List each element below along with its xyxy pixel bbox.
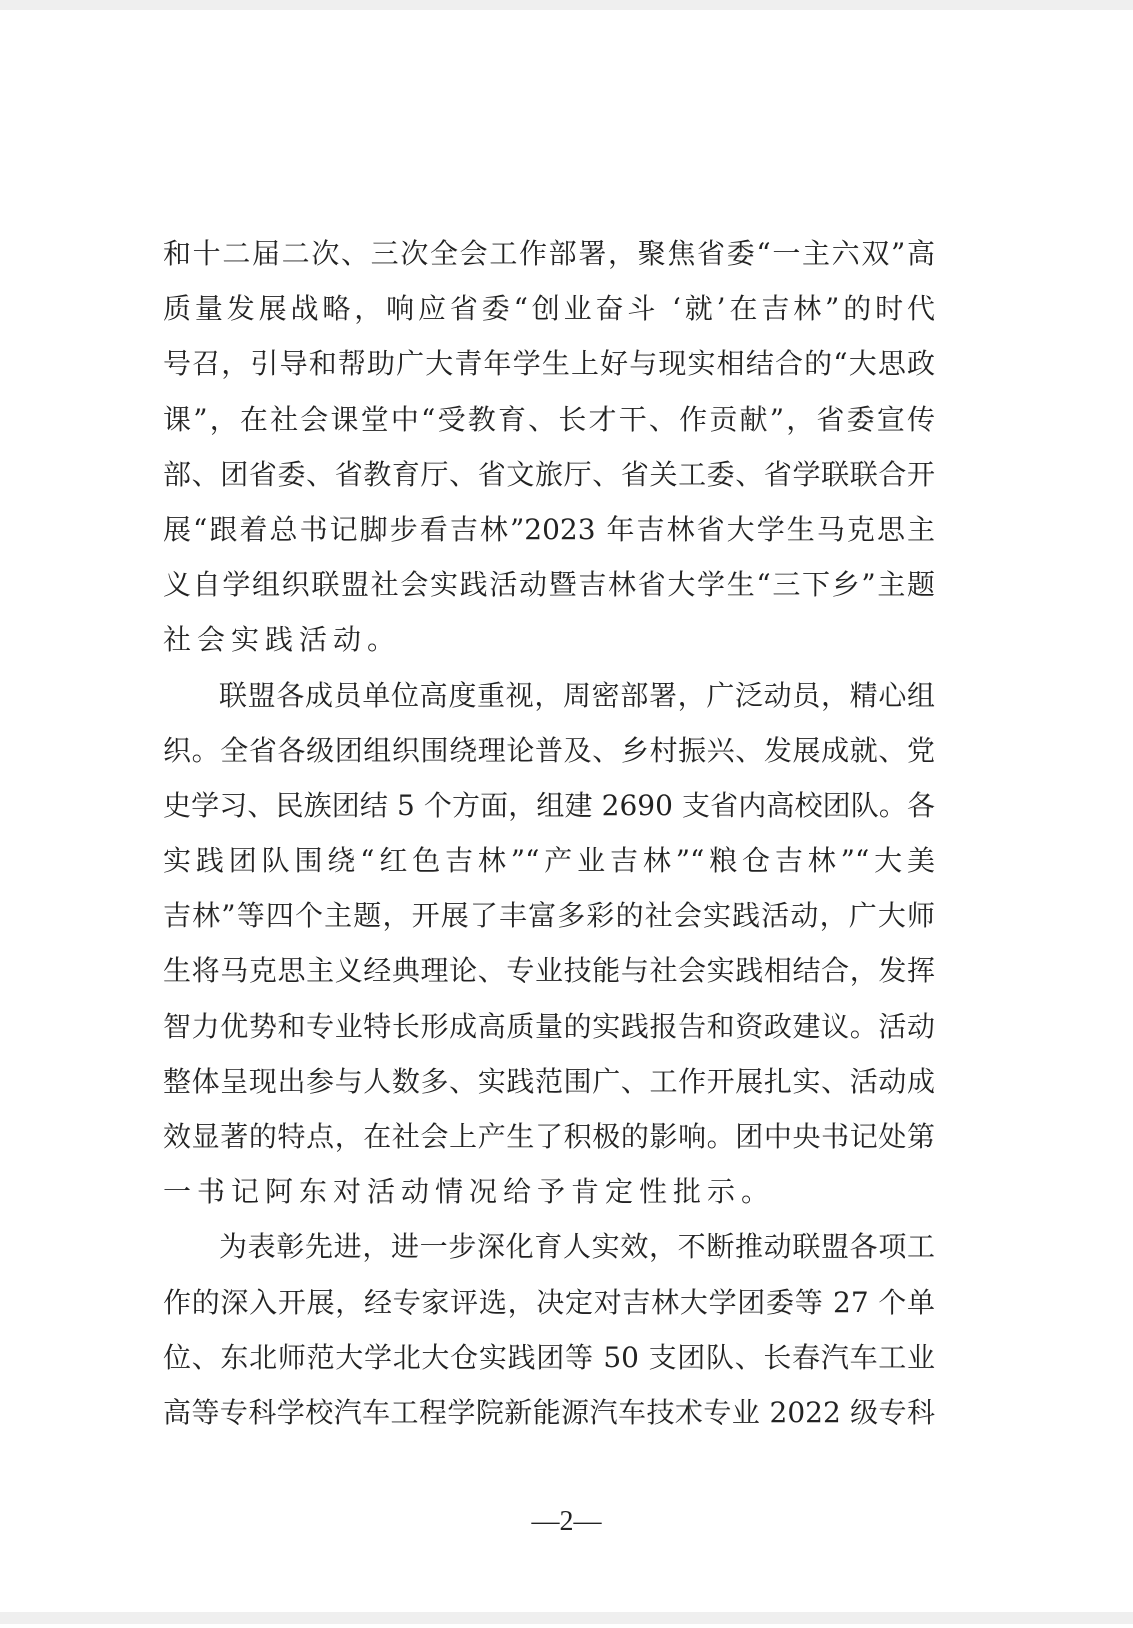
text-line: 展“跟着总书记脚步看吉林”2023 年吉林省大学生马克思主 [163,502,935,557]
text-line: 和十二届二次、三次全会工作部署，聚焦省委“一主六双”高 [163,226,935,281]
text-line: 效显著的特点，在社会上产生了积极的影响。团中央书记处第 [163,1109,935,1164]
text-line: 位、东北师范大学北大仓实践团等 50 支团队、长春汽车工业 [163,1330,935,1385]
viewer-bottom-band [0,1612,1133,1624]
text-line: 义自学组织联盟社会实践活动暨吉林省大学生“三下乡”主题 [163,557,935,612]
text-line: 联盟各成员单位高度重视，周密部署，广泛动员，精心组 [163,668,935,723]
text-line: 实践团队围绕“红色吉林”“产业吉林”“粮仓吉林”“大美 [163,833,935,888]
text-line: 智力优势和专业特长形成高质量的实践报告和资政建议。活动 [163,999,935,1054]
document-page: 和十二届二次、三次全会工作部署，聚焦省委“一主六双”高 质量发展战略，响应省委“… [0,10,1133,1612]
document-body: 和十二届二次、三次全会工作部署，聚焦省委“一主六双”高 质量发展战略，响应省委“… [163,226,935,1440]
text-line: 一书记阿东对活动情况给予肯定性批示。 [163,1164,935,1219]
text-line: 质量发展战略，响应省委“创业奋斗 ‘就’在吉林”的时代 [163,281,935,336]
text-line: 社会实践活动。 [163,612,935,667]
text-line: 为表彰先进，进一步深化育人实效，不断推动联盟各项工 [163,1219,935,1274]
text-line: 生将马克思主义经典理论、专业技能与社会实践相结合，发挥 [163,943,935,998]
text-line: 吉林”等四个主题，开展了丰富多彩的社会实践活动，广大师 [163,888,935,943]
paragraph-3: 为表彰先进，进一步深化育人实效，不断推动联盟各项工 作的深入开展，经专家评选，决… [163,1219,935,1440]
text-line: 整体呈现出参与人数多、实践范围广、工作开展扎实、活动成 [163,1054,935,1109]
text-line: 史学习、民族团结 5 个方面，组建 2690 支省内高校团队。各 [163,778,935,833]
text-line: 高等专科学校汽车工程学院新能源汽车技术专业 2022 级专科 [163,1385,935,1440]
text-line: 部、团省委、省教育厅、省文旅厅、省关工委、省学联联合开 [163,447,935,502]
text-line: 号召，引导和帮助广大青年学生上好与现实相结合的“大思政 [163,336,935,391]
text-line: 织。全省各级团组织围绕理论普及、乡村振兴、发展成就、党 [163,723,935,778]
paragraph-1: 和十二届二次、三次全会工作部署，聚焦省委“一主六双”高 质量发展战略，响应省委“… [163,226,935,668]
page-number: —2— [0,1504,1133,1540]
text-line: 作的深入开展，经专家评选，决定对吉林大学团委等 27 个单 [163,1275,935,1330]
text-line: 课”，在社会课堂中“受教育、长才干、作贡献”，省委宣传 [163,392,935,447]
viewer-top-band [0,0,1133,10]
paragraph-2: 联盟各成员单位高度重视，周密部署，广泛动员，精心组 织。全省各级团组织围绕理论普… [163,668,935,1220]
